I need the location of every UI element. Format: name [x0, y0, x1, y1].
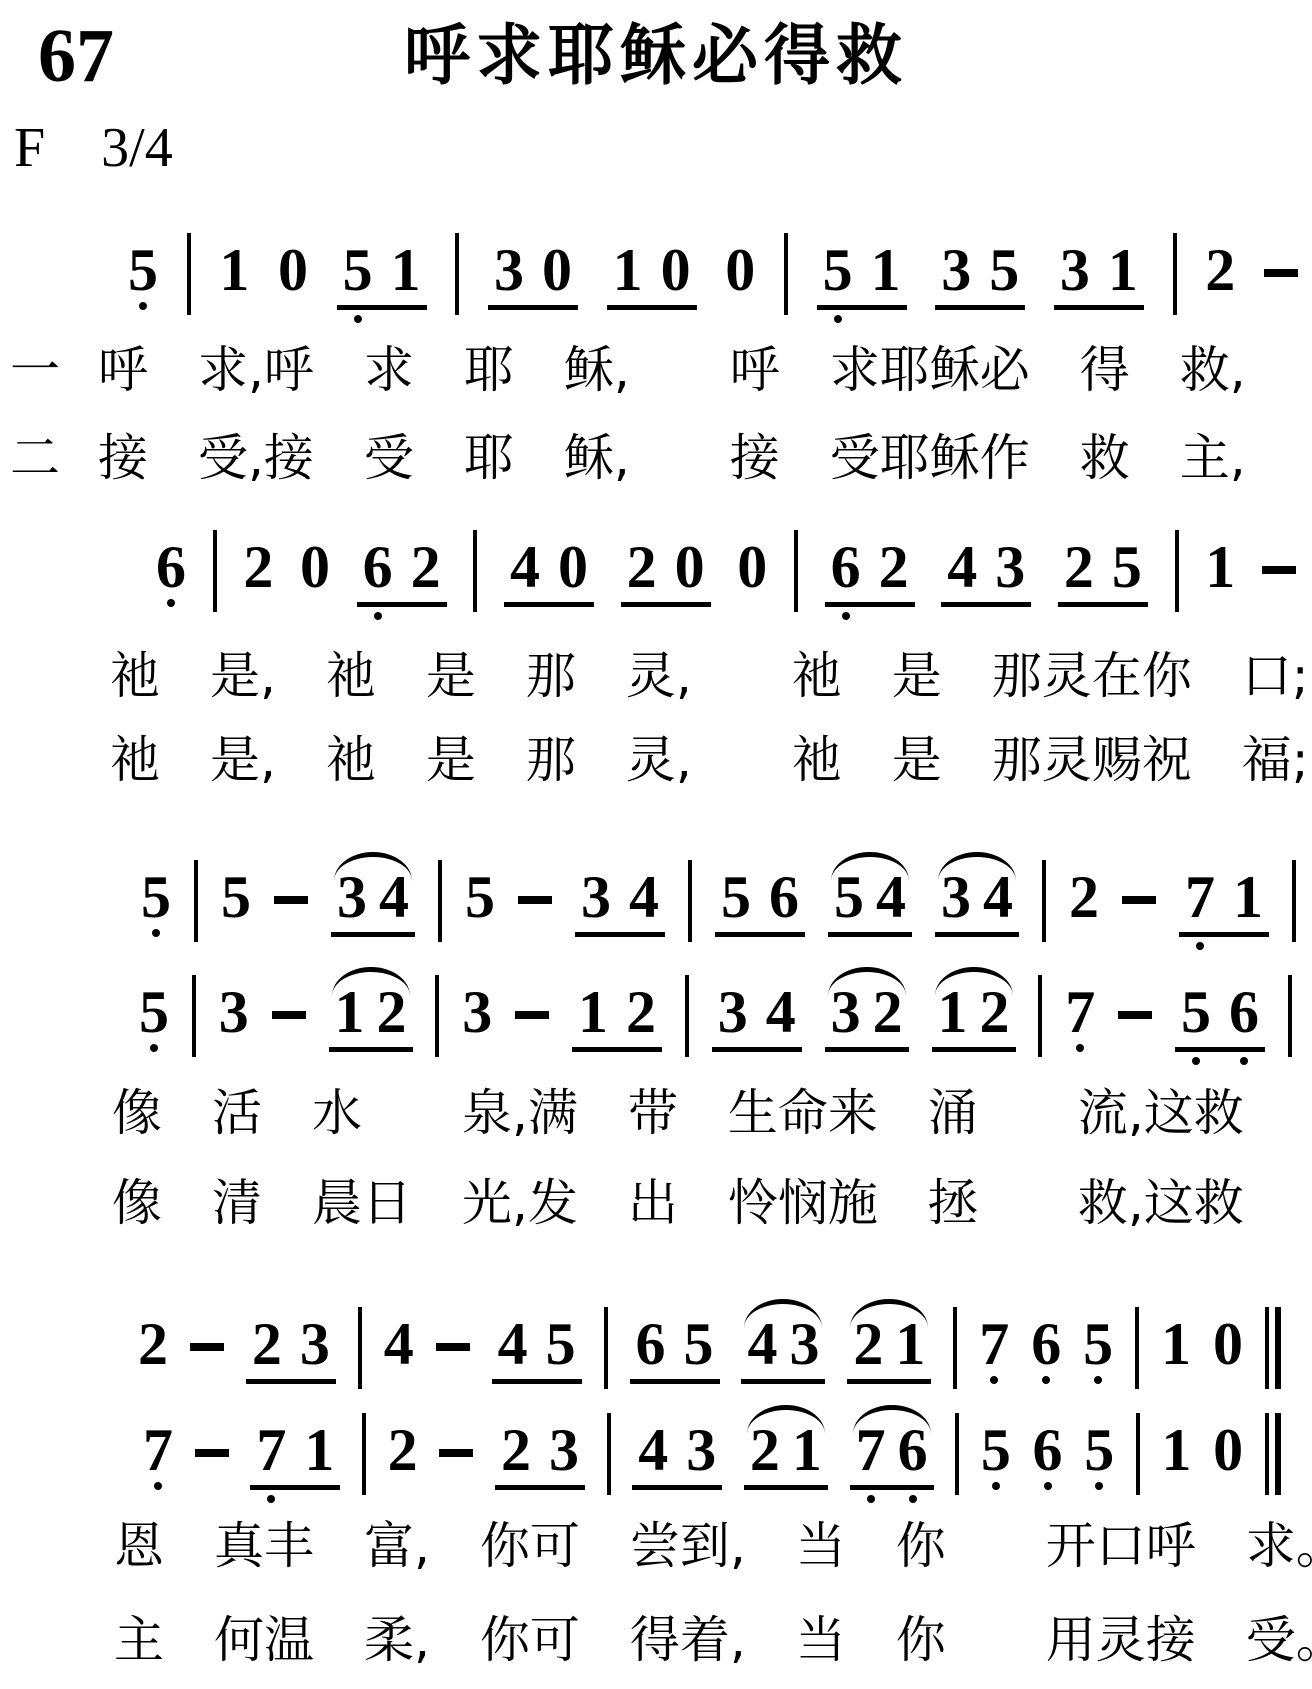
rest-note: 0 — [725, 240, 755, 300]
lyric-line-2: 接 受,接 受 耶 稣, 接 受耶稣作 救 主, — [98, 430, 1246, 488]
note: 1 — [1108, 240, 1138, 300]
note: 1 — [335, 982, 365, 1042]
note: 2 — [1069, 867, 1099, 927]
note: 1 — [938, 982, 968, 1042]
beam-group: 51 — [817, 240, 907, 310]
note: 2 — [377, 982, 407, 1042]
duration-dash — [436, 1343, 470, 1351]
note: 3 — [686, 1420, 716, 1480]
note: 5 — [834, 867, 864, 927]
lyric-line-4: 祂 是, 祂 是 那 灵, 祂 是 那灵赐祝 福; — [110, 732, 1309, 790]
slur-beam-group: 21 — [744, 1420, 828, 1490]
note: 2 — [1205, 240, 1235, 300]
barline — [192, 975, 196, 1057]
slur-beam-group: 34 — [935, 867, 1019, 937]
note: 3 — [941, 240, 971, 300]
note-low: 7 — [1065, 982, 1095, 1042]
note: 2 — [626, 982, 656, 1042]
note: 2 — [980, 982, 1010, 1042]
slur-beam-group: 32 — [825, 982, 909, 1052]
final-barline-thick — [1275, 1413, 1281, 1495]
rest-note: 0 — [1213, 1420, 1243, 1480]
note: 3 — [1060, 240, 1090, 300]
note: 4 — [983, 867, 1013, 927]
rest-note: 0 — [300, 537, 330, 597]
barline — [604, 1307, 608, 1389]
duration-dash — [190, 1343, 224, 1351]
beam-group: 71 — [1179, 867, 1269, 937]
duration-dash — [518, 896, 552, 904]
note: 6 — [636, 1314, 666, 1374]
note: 1 — [895, 1314, 925, 1374]
note: 2 — [853, 1314, 883, 1374]
verse-marker-1: 一 — [10, 342, 60, 400]
beam-group: 40 — [504, 537, 594, 607]
note: 3 — [941, 867, 971, 927]
music-line-1: 51051301005135312 — [128, 240, 1298, 315]
note: 3 — [462, 982, 492, 1042]
score: 67 呼求耶稣必得救 F 3/4 一 二 呼 求,呼 求 耶 稣, 呼 求耶稣必… — [0, 0, 1312, 1689]
beam-group: 34 — [575, 867, 665, 937]
duration-dash — [439, 1449, 473, 1457]
note: 4 — [747, 1314, 777, 1374]
duration-dash — [1262, 566, 1296, 574]
note: 1 — [1162, 1420, 1192, 1480]
beam-group: 30 — [488, 240, 578, 310]
time-signature: 3/4 — [101, 120, 173, 176]
barline — [1288, 975, 1292, 1057]
lyric-line-5: 像 活 水 泉,满 带 生命来 涌 流,这救 — [112, 1085, 1244, 1143]
note-low: 5 — [1084, 1420, 1114, 1480]
beam-group: 71 — [250, 1420, 340, 1490]
note: 2 — [411, 537, 441, 597]
key-time-row: F 3/4 — [14, 120, 173, 176]
note-low: 6 — [363, 537, 393, 597]
note: 3 — [300, 1314, 330, 1374]
barline — [953, 1307, 957, 1389]
slur-beam-group: 43 — [741, 1314, 825, 1384]
note-low: 7 — [256, 1420, 286, 1480]
beam-group: 62 — [825, 537, 915, 607]
music-line-5: 22344565432176510 — [138, 1314, 1281, 1389]
note: 5 — [465, 867, 495, 927]
slur-beam-group: 12 — [329, 982, 413, 1052]
barline — [794, 530, 798, 612]
barline — [362, 1413, 366, 1495]
barline — [607, 1413, 611, 1495]
barline — [438, 860, 442, 942]
note: 6 — [769, 867, 799, 927]
note: 5 — [684, 1314, 714, 1374]
note-low: 5 — [139, 982, 169, 1042]
note: 3 — [831, 982, 861, 1042]
beam-group: 34 — [712, 982, 802, 1052]
lyric-line-6: 像 清 晨日 光,发 出 怜悯施 拯 救,这救 — [112, 1175, 1244, 1233]
note-low: 5 — [1181, 982, 1211, 1042]
duration-dash — [1122, 896, 1156, 904]
beam-group: 23 — [495, 1420, 585, 1490]
barline — [955, 1413, 959, 1495]
note: 4 — [629, 867, 659, 927]
note: 4 — [510, 537, 540, 597]
note-low: 7 — [979, 1314, 1009, 1374]
barline — [1175, 530, 1179, 612]
barline — [1135, 1307, 1139, 1389]
note: 1 — [304, 1420, 334, 1480]
note-low: 5 — [141, 867, 171, 927]
beam-group: 45 — [492, 1314, 582, 1384]
note-low: 7 — [143, 1420, 173, 1480]
duration-dash — [1118, 1011, 1152, 1019]
music-line-3: 5534534565434271 — [141, 867, 1296, 942]
note-low: 6 — [898, 1420, 928, 1480]
duration-dash — [274, 896, 308, 904]
beam-group: 20 — [621, 537, 711, 607]
note-low: 6 — [1031, 1314, 1061, 1374]
duration-dash — [515, 1011, 549, 1019]
beam-group: 31 — [1054, 240, 1144, 310]
beam-group: 10 — [607, 240, 697, 310]
barline — [358, 1307, 362, 1389]
note: 2 — [388, 1420, 418, 1480]
note-low: 7 — [856, 1420, 886, 1480]
note-low: 6 — [1033, 1420, 1063, 1480]
barline — [194, 860, 198, 942]
beam-group: 56 — [715, 867, 805, 937]
barline — [1173, 233, 1177, 315]
lyric-line-8: 主 何温 柔, 你可 得着, 当 你 用灵接 受。 — [114, 1612, 1312, 1670]
slur-beam-group: 12 — [932, 982, 1016, 1052]
note: 4 — [947, 537, 977, 597]
note: 2 — [879, 537, 909, 597]
music-line-4: 5312312343212756 — [139, 982, 1292, 1057]
note-low: 5 — [823, 240, 853, 300]
music-line-6: 77122343217656510 — [143, 1420, 1281, 1495]
barline — [455, 233, 459, 315]
note: 4 — [876, 867, 906, 927]
beam-group: 12 — [572, 982, 662, 1052]
note: 1 — [1205, 537, 1235, 597]
note: 1 — [1161, 1314, 1191, 1374]
beam-group: 25 — [1058, 537, 1148, 607]
note: 1 — [613, 240, 643, 300]
note: 4 — [638, 1420, 668, 1480]
note: 2 — [750, 1420, 780, 1480]
key-signature: F — [14, 120, 45, 176]
note-low: 5 — [1083, 1314, 1113, 1374]
note: 2 — [627, 537, 657, 597]
page-title: 呼求耶稣必得救 — [0, 20, 1312, 93]
barline — [688, 860, 692, 942]
note-low: 6 — [1229, 982, 1259, 1042]
note: 4 — [498, 1314, 528, 1374]
rest-note: 0 — [542, 240, 572, 300]
rest-note: 0 — [737, 537, 767, 597]
slur-beam-group: 76 — [850, 1420, 934, 1490]
barline — [685, 975, 689, 1057]
note-low: 7 — [1185, 867, 1215, 927]
barline — [784, 233, 788, 315]
duration-dash — [195, 1449, 229, 1457]
note-low: 5 — [981, 1420, 1011, 1480]
note: 5 — [546, 1314, 576, 1374]
beam-group: 65 — [630, 1314, 720, 1384]
note: 5 — [1112, 537, 1142, 597]
final-barline — [1265, 1307, 1281, 1389]
note: 1 — [219, 240, 249, 300]
note-low: 6 — [156, 537, 186, 597]
beam-group: 43 — [632, 1420, 722, 1490]
final-barline-thin — [1265, 1413, 1269, 1495]
final-barline-thin — [1265, 1307, 1269, 1389]
final-barline-thick — [1275, 1307, 1281, 1389]
verse-marker-2: 二 — [10, 430, 60, 488]
note: 3 — [718, 982, 748, 1042]
note: 2 — [501, 1420, 531, 1480]
note: 1 — [871, 240, 901, 300]
note: 3 — [337, 867, 367, 927]
barline — [213, 530, 217, 612]
note-low: 5 — [128, 240, 158, 300]
note: 3 — [789, 1314, 819, 1374]
final-barline — [1265, 1413, 1281, 1495]
note-low: 6 — [831, 537, 861, 597]
barline — [1038, 975, 1042, 1057]
beam-group: 62 — [357, 537, 447, 607]
beam-group: 35 — [935, 240, 1025, 310]
note: 2 — [252, 1314, 282, 1374]
rest-note: 0 — [558, 537, 588, 597]
beam-group: 51 — [337, 240, 427, 310]
note: 4 — [384, 1314, 414, 1374]
rest-note: 0 — [661, 240, 691, 300]
slur-beam-group: 21 — [847, 1314, 931, 1384]
note: 3 — [549, 1420, 579, 1480]
rest-note: 0 — [675, 537, 705, 597]
beam-group: 43 — [941, 537, 1031, 607]
note: 2 — [243, 537, 273, 597]
beam-group: 23 — [246, 1314, 336, 1384]
beam-group: 56 — [1175, 982, 1265, 1052]
lyric-line-1: 呼 求,呼 求 耶 稣, 呼 求耶稣必 得 救, — [98, 342, 1246, 400]
rest-note: 0 — [278, 240, 308, 300]
barline — [1136, 1413, 1140, 1495]
music-line-2: 62062402006243251 — [156, 537, 1296, 612]
note: 1 — [578, 982, 608, 1042]
note: 3 — [995, 537, 1025, 597]
lyric-line-7: 恩 真丰 富, 你可 尝到, 当 你 开口呼 求。 — [114, 1518, 1312, 1576]
duration-dash — [1264, 269, 1298, 277]
note: 2 — [1064, 537, 1094, 597]
note: 3 — [581, 867, 611, 927]
note: 5 — [221, 867, 251, 927]
note: 1 — [1233, 867, 1263, 927]
note: 4 — [379, 867, 409, 927]
note: 4 — [766, 982, 796, 1042]
note: 3 — [219, 982, 249, 1042]
note: 2 — [138, 1314, 168, 1374]
note-low: 5 — [343, 240, 373, 300]
barline — [187, 233, 191, 315]
note: 5 — [721, 867, 751, 927]
barline — [1292, 860, 1296, 942]
slur-beam-group: 34 — [331, 867, 415, 937]
note: 2 — [873, 982, 903, 1042]
rest-note: 0 — [1213, 1314, 1243, 1374]
barline — [1042, 860, 1046, 942]
note: 1 — [792, 1420, 822, 1480]
note: 1 — [391, 240, 421, 300]
barline — [473, 530, 477, 612]
note: 5 — [989, 240, 1019, 300]
lyric-line-3: 祂 是, 祂 是 那 灵, 祂 是 那灵在你 口; — [110, 648, 1309, 706]
duration-dash — [272, 1011, 306, 1019]
barline — [435, 975, 439, 1057]
slur-beam-group: 54 — [828, 867, 912, 937]
note: 3 — [494, 240, 524, 300]
